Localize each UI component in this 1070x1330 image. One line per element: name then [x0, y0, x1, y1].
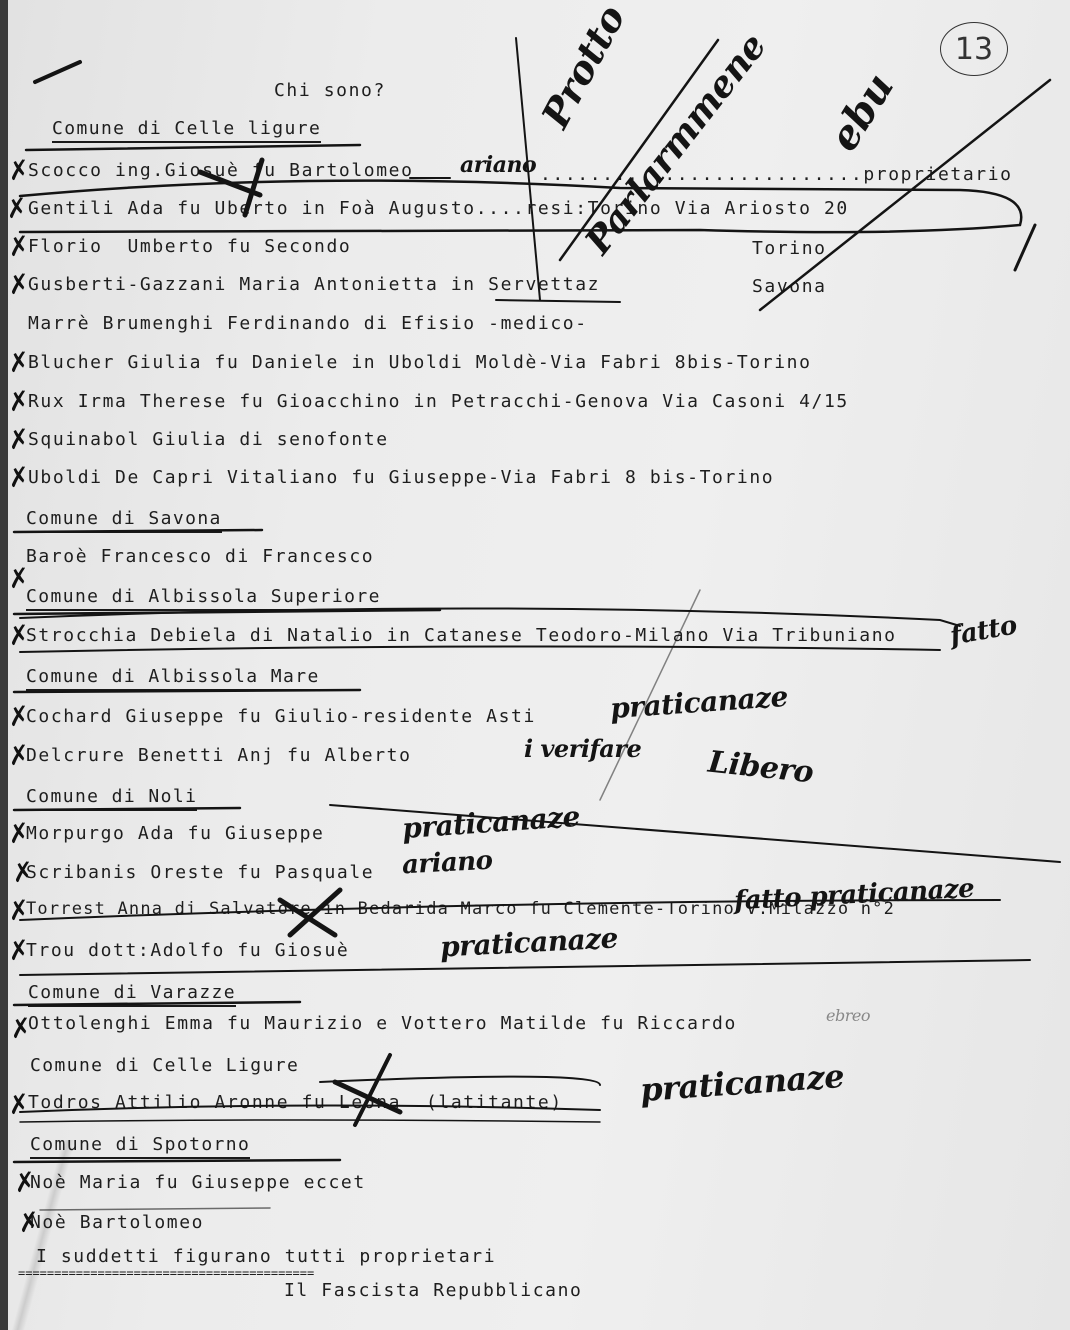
margin-x-mark: ✗ — [6, 937, 31, 966]
entry-line: Morpurgo Ada fu Giuseppe — [26, 823, 325, 845]
section-heading: Comune di Varazze — [28, 982, 236, 1004]
entry-line: Noè Maria fu Giuseppe eccet — [30, 1172, 366, 1194]
margin-x-mark: ✗ — [6, 464, 31, 493]
entry-line: Scocco ing.Giosuè fu Bartolomeo — [28, 160, 414, 182]
handwritten-annotation: i verifare — [524, 734, 641, 763]
margin-x-mark: ✗ — [6, 349, 31, 378]
entry-line: Ottolenghi Emma fu Maurizio e Vottero Ma… — [28, 1013, 737, 1035]
entry-line: Baroè Francesco di Francesco — [26, 546, 374, 568]
section-heading: Comune di Celle Ligure — [30, 1055, 299, 1077]
section-heading: Comune di Celle ligure — [52, 118, 321, 140]
entry-line: Trou dott:Adolfo fu Giosuè — [26, 940, 349, 962]
handwritten-annotation: ariano — [401, 846, 493, 881]
margin-x-mark: ✗ — [6, 820, 31, 849]
margin-x-mark: ✗ — [6, 622, 31, 651]
section-heading: Comune di Spotorno — [30, 1134, 250, 1156]
entry-city: Savona — [752, 276, 827, 298]
entry-line: Blucher Giulia fu Daniele in Uboldi Mold… — [28, 352, 812, 374]
margin-x-mark: ✗ — [6, 1091, 31, 1120]
entry-line: Scribanis Oreste fu Pasquale — [26, 862, 374, 884]
footer-rule: ========================================… — [18, 1262, 314, 1284]
margin-x-mark: ✗ — [16, 1209, 41, 1238]
entry-line: Marrè Brumenghi Ferdinando di Efisio -me… — [28, 313, 588, 335]
handwritten-annotation: ariano — [460, 152, 536, 178]
page-number-circle: 13 — [940, 22, 1008, 76]
margin-x-mark: ✗ — [6, 742, 31, 771]
margin-x-mark: ✗ — [6, 157, 31, 186]
handwritten-annotation: ebreo — [826, 1006, 870, 1025]
margin-x-mark: ✗ — [6, 271, 31, 300]
entry-line: Rux Irma Therese fu Gioacchino in Petrac… — [28, 391, 849, 413]
section-heading: Comune di Savona — [26, 508, 222, 530]
margin-x-mark: ✗ — [4, 195, 29, 224]
section-heading: Comune di Albissola Mare — [26, 666, 320, 688]
entry-line: Strocchia Debiela di Natalio in Catanese… — [26, 625, 897, 647]
entry-line: Uboldi De Capri Vitaliano fu Giuseppe-Vi… — [28, 467, 774, 489]
entry-profession: ..........................proprietario — [540, 164, 1013, 186]
document-title: Chi sono? — [274, 80, 386, 102]
entry-line: Squinabol Giulia di senofonte — [28, 429, 389, 451]
margin-x-mark: ✗ — [8, 1015, 33, 1044]
entry-line: Florio Umberto fu Secondo — [28, 236, 351, 258]
margin-x-mark: ✗ — [12, 1169, 37, 1198]
margin-x-mark: ✗ — [6, 426, 31, 455]
margin-x-mark: ✗ — [10, 859, 35, 888]
margin-x-mark: ✗ — [6, 897, 31, 926]
entry-line: Delcrure Benetti Anj fu Alberto — [26, 745, 412, 767]
entry-line: Gusberti-Gazzani Maria Antonietta in Ser… — [28, 274, 600, 296]
signature: Il Fascista Repubblicano — [284, 1280, 583, 1302]
margin-x-mark: ✗ — [6, 233, 31, 262]
margin-x-mark: ✗ — [6, 565, 31, 594]
entry-line: Gentili Ada fu Uberto in Foà Augusto....… — [28, 198, 849, 220]
entry-city: Torino — [752, 238, 827, 260]
entry-line: Noè Bartolomeo — [30, 1212, 204, 1234]
entry-line: Todros Attilio Aronne fu Leona (latitant… — [28, 1092, 563, 1114]
margin-x-mark: ✗ — [6, 703, 31, 732]
entry-line: Cochard Giuseppe fu Giulio-residente Ast… — [26, 706, 536, 728]
margin-x-mark: ✗ — [6, 388, 31, 417]
section-heading: Comune di Noli — [26, 786, 197, 808]
section-heading: Comune di Albissola Superiore — [26, 586, 381, 608]
